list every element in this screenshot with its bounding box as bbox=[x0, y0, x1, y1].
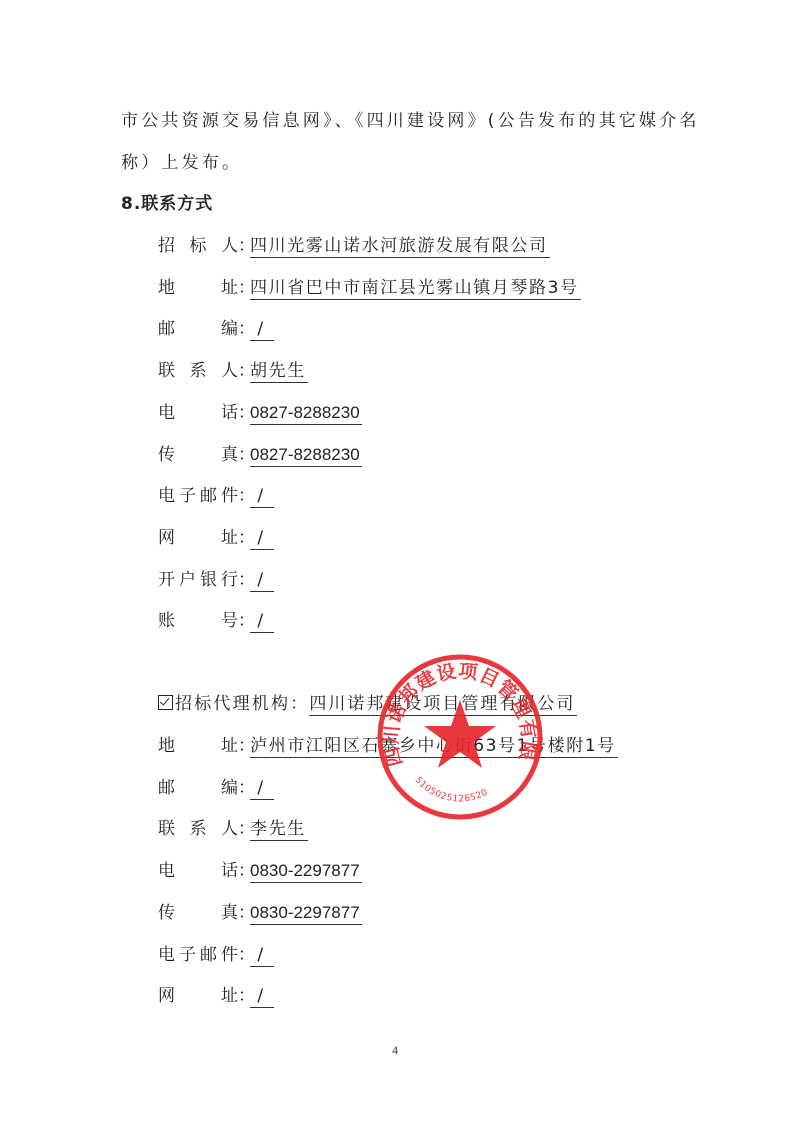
tenderer-row: 联系人：胡先生 bbox=[158, 356, 308, 383]
field-value: 李先生 bbox=[250, 819, 308, 841]
agency-title-label: 招标代理机构： bbox=[175, 689, 309, 714]
field-label: 开户银行： bbox=[158, 565, 250, 590]
field-label: 电话： bbox=[158, 856, 250, 881]
field-value: 0827-8288230 bbox=[250, 403, 362, 425]
agency-row: 电子邮件：/ bbox=[158, 940, 274, 967]
svg-text:5105025126520: 5105025126520 bbox=[413, 775, 490, 804]
field-label: 邮编： bbox=[158, 314, 250, 339]
field-label: 电子邮件： bbox=[158, 481, 250, 506]
field-value: 0830-2297877 bbox=[250, 861, 362, 883]
tenderer-row: 电子邮件：/ bbox=[158, 481, 274, 508]
field-label: 邮编： bbox=[158, 773, 250, 798]
tenderer-row: 账号：/ bbox=[158, 606, 274, 633]
intro-line-2: 称）上发布。 bbox=[121, 148, 242, 173]
intro-line-1: 市公共资源交易信息网》、《四川建设网》(公告发布的其它媒介名 bbox=[121, 106, 700, 131]
field-label: 传真： bbox=[158, 440, 250, 465]
page-number: 4 bbox=[392, 1043, 398, 1058]
field-label: 账号： bbox=[158, 606, 250, 631]
agency-row: 电话：0830-2297877 bbox=[158, 856, 362, 883]
tenderer-row: 开户银行：/ bbox=[158, 565, 274, 592]
tenderer-row: 邮编：/ bbox=[158, 314, 274, 341]
field-label: 电子邮件： bbox=[158, 940, 250, 965]
agency-row: 网址：/ bbox=[158, 981, 274, 1008]
tenderer-row: 网址：/ bbox=[158, 523, 274, 550]
document-page: 市公共资源交易信息网》、《四川建设网》(公告发布的其它媒介名 称）上发布。 8.… bbox=[0, 0, 794, 1123]
field-label: 地址： bbox=[158, 731, 250, 756]
field-label: 电话： bbox=[158, 398, 250, 423]
checkbox-checked-icon bbox=[158, 695, 173, 710]
field-label: 联系人： bbox=[158, 356, 250, 381]
field-value: 胡先生 bbox=[250, 361, 308, 383]
field-label: 网址： bbox=[158, 523, 250, 548]
field-label: 网址： bbox=[158, 981, 250, 1006]
field-label: 传真： bbox=[158, 898, 250, 923]
tenderer-row: 招标人：四川光雾山诺水河旅游发展有限公司 bbox=[158, 231, 550, 258]
agency-row: 地址：泸州市江阳区石寨乡中心街63号1号楼附1号 bbox=[158, 731, 618, 758]
field-value: 泸州市江阳区石寨乡中心街63号1号楼附1号 bbox=[250, 736, 618, 758]
field-label: 联系人： bbox=[158, 814, 250, 839]
field-value: 0827-8288230 bbox=[250, 445, 362, 467]
tenderer-row: 电话：0827-8288230 bbox=[158, 398, 362, 425]
agency-title-row: 招标代理机构： 四川诺邦建设项目管理有限公司 bbox=[158, 689, 577, 716]
section-heading: 8.联系方式 bbox=[121, 189, 213, 214]
agency-name-value: 四川诺邦建设项目管理有限公司 bbox=[309, 694, 577, 716]
agency-row: 联系人：李先生 bbox=[158, 814, 308, 841]
tenderer-row: 地址：四川省巴中市南江县光雾山镇月琴路3号 bbox=[158, 273, 581, 300]
field-value: 0830-2297877 bbox=[250, 903, 362, 925]
tenderer-row: 传真：0827-8288230 bbox=[158, 440, 362, 467]
field-label: 招标人： bbox=[158, 231, 250, 256]
field-value: 四川省巴中市南江县光雾山镇月琴路3号 bbox=[250, 278, 581, 300]
agency-row: 邮编：/ bbox=[158, 773, 274, 800]
field-label: 地址： bbox=[158, 273, 250, 298]
agency-row: 传真：0830-2297877 bbox=[158, 898, 362, 925]
field-value: 四川光雾山诺水河旅游发展有限公司 bbox=[250, 236, 550, 258]
stamp-number: 5105025126520 bbox=[413, 775, 490, 804]
